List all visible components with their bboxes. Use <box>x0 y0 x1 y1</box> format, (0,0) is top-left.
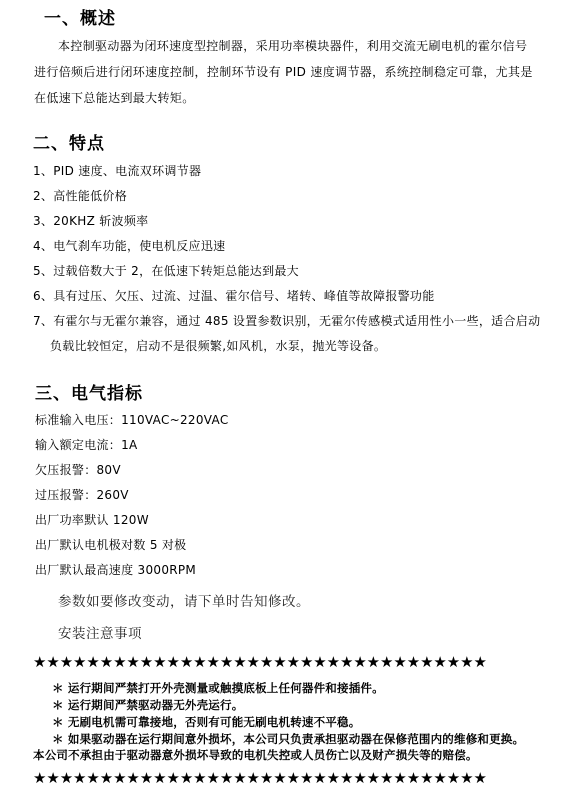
section-heading-overview: 一、概述 <box>44 4 116 29</box>
overview-line-2: 进行倍频后进行闭环速度控制，控制环节设有 PID 速度调节器，系统控制稳定可靠，… <box>34 63 533 80</box>
spec-overvoltage-alarm: 过压报警：260V <box>35 486 129 503</box>
spec-default-max-speed: 出厂默认最高速度 3000RPM <box>35 561 196 578</box>
disclaimer: 本公司不承担由于驱动器意外损坏导致的电机失控或人员伤亡以及财产损失等的赔偿。 <box>33 747 478 763</box>
spec-undervoltage-alarm: 欠压报警：80V <box>35 461 121 478</box>
star-divider-top: ★★★★★★★★★★★★★★★★★★★★★★★★★★★★★★★★★★ <box>33 653 487 671</box>
feature-item-1: 1、PID 速度、电流双环调节器 <box>33 162 201 179</box>
overview-line-3: 在低速下总能达到最大转矩。 <box>34 89 195 106</box>
feature-item-2: 2、高性能低价格 <box>33 187 127 204</box>
feature-item-7-continued: 负载比较恒定，启动不是很频繁,如风机，水泵，抛光等设备。 <box>50 337 386 354</box>
feature-item-7: 7、有霍尔与无霍尔兼容，通过 485 设置参数识别，无霍尔传感模式适用性小一些，… <box>33 312 540 329</box>
section-heading-electrical: 三、电气指标 <box>35 379 143 404</box>
spec-default-pole-pairs: 出厂默认电机极对数 5 对极 <box>35 536 186 553</box>
warning-item-1: ＊ 运行期间严禁打开外壳测量或触摸底板上任何器件和接插件。 <box>52 680 384 696</box>
warning-item-4: ＊ 如果驱动器在运行期间意外损坏，本公司只负责承担驱动器在保修范围内的维修和更换… <box>52 731 524 747</box>
spec-input-voltage: 标准输入电压：110VAC~220VAC <box>35 411 229 428</box>
feature-item-3: 3、20KHZ 斩波频率 <box>33 212 148 229</box>
star-divider-bottom: ★★★★★★★★★★★★★★★★★★★★★★★★★★★★★★★★★★ <box>33 769 487 787</box>
feature-item-5: 5、过载倍数大于 2，在低速下转矩总能达到最大 <box>33 262 299 279</box>
spec-default-power: 出厂功率默认 120W <box>35 511 149 528</box>
install-notes-title: 安装注意事项 <box>58 622 142 642</box>
spec-rated-current: 输入额定电流：1A <box>35 436 138 453</box>
feature-item-6: 6、具有过压、欠压、过流、过温、霍尔信号、堵转、峰值等故障报警功能 <box>33 287 435 304</box>
warning-item-2: ＊ 运行期间严禁驱动器无外壳运行。 <box>52 697 243 713</box>
modify-note: 参数如要修改变动，请下单时告知修改。 <box>58 590 310 610</box>
overview-line-1: 本控制驱动器为闭环速度型控制器，采用功率模块器件，利用交流无刷电机的霍尔信号 <box>58 37 527 54</box>
section-heading-features: 二、特点 <box>33 129 105 154</box>
feature-item-4: 4、电气刹车功能，使电机反应迅速 <box>33 237 225 254</box>
warning-item-3: ＊ 无刷电机需可靠接地，否则有可能无刷电机转速不平稳。 <box>52 714 360 730</box>
